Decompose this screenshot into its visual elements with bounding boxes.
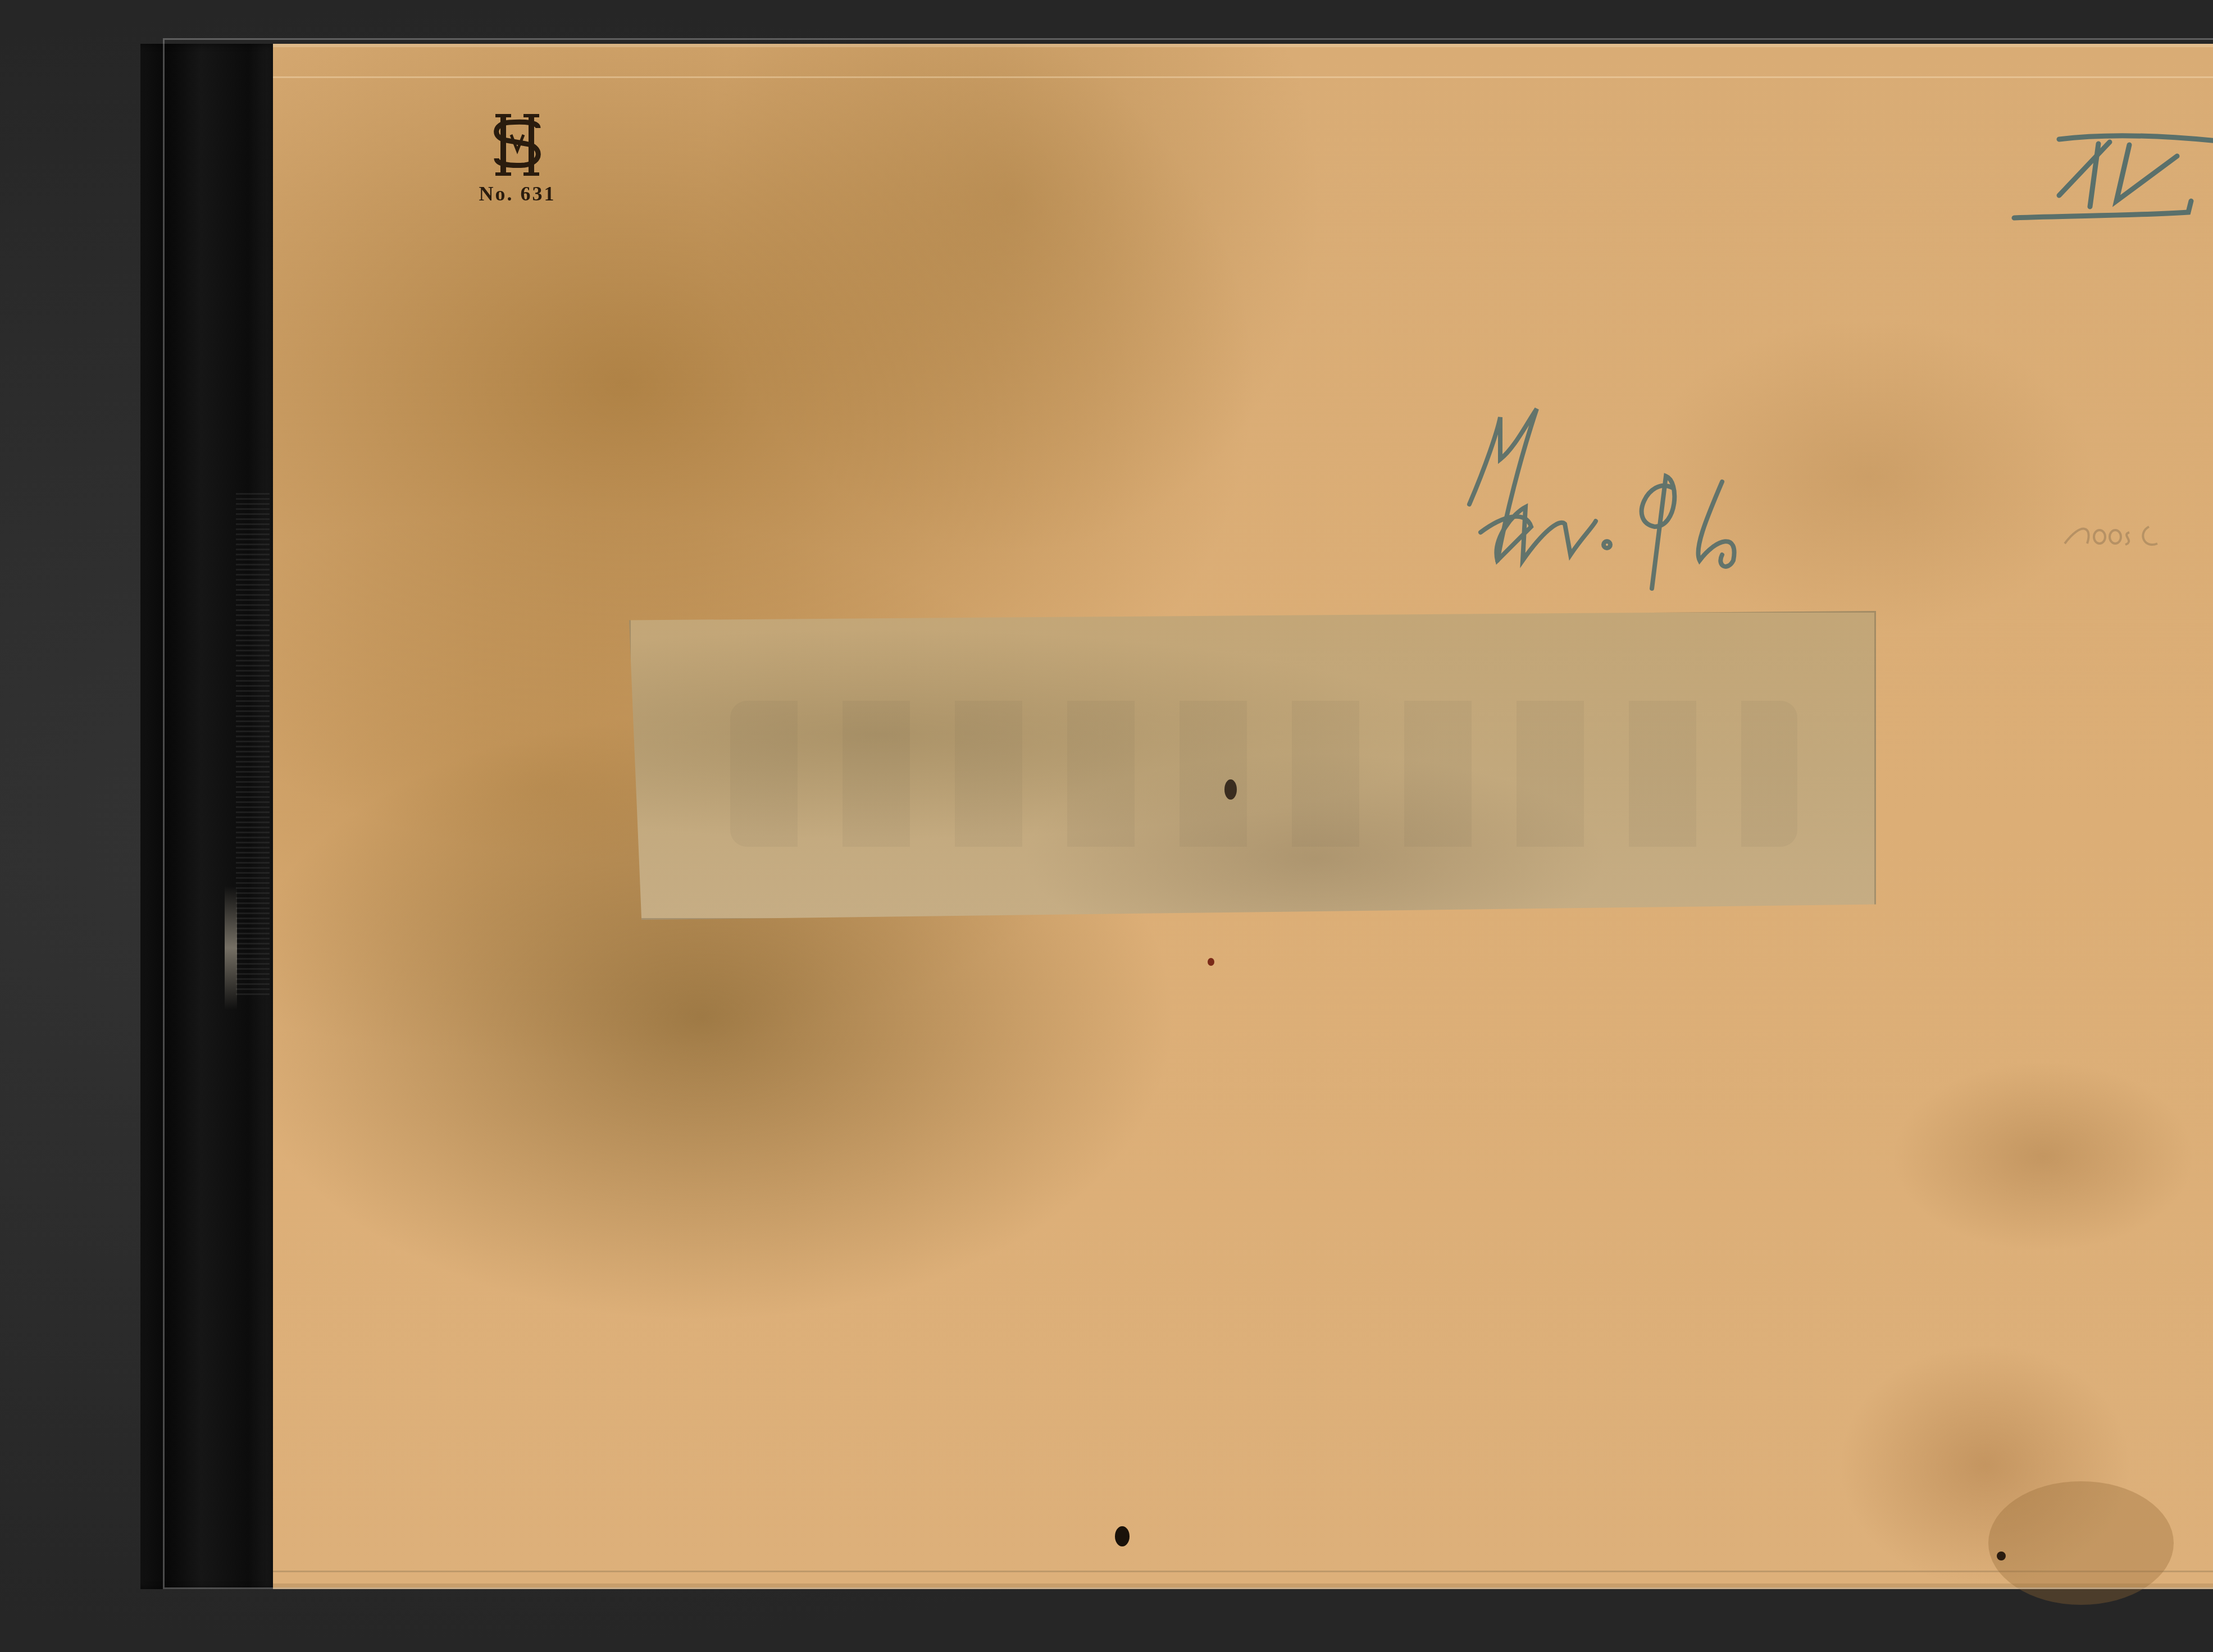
protective-sleeve [163,38,2213,1589]
